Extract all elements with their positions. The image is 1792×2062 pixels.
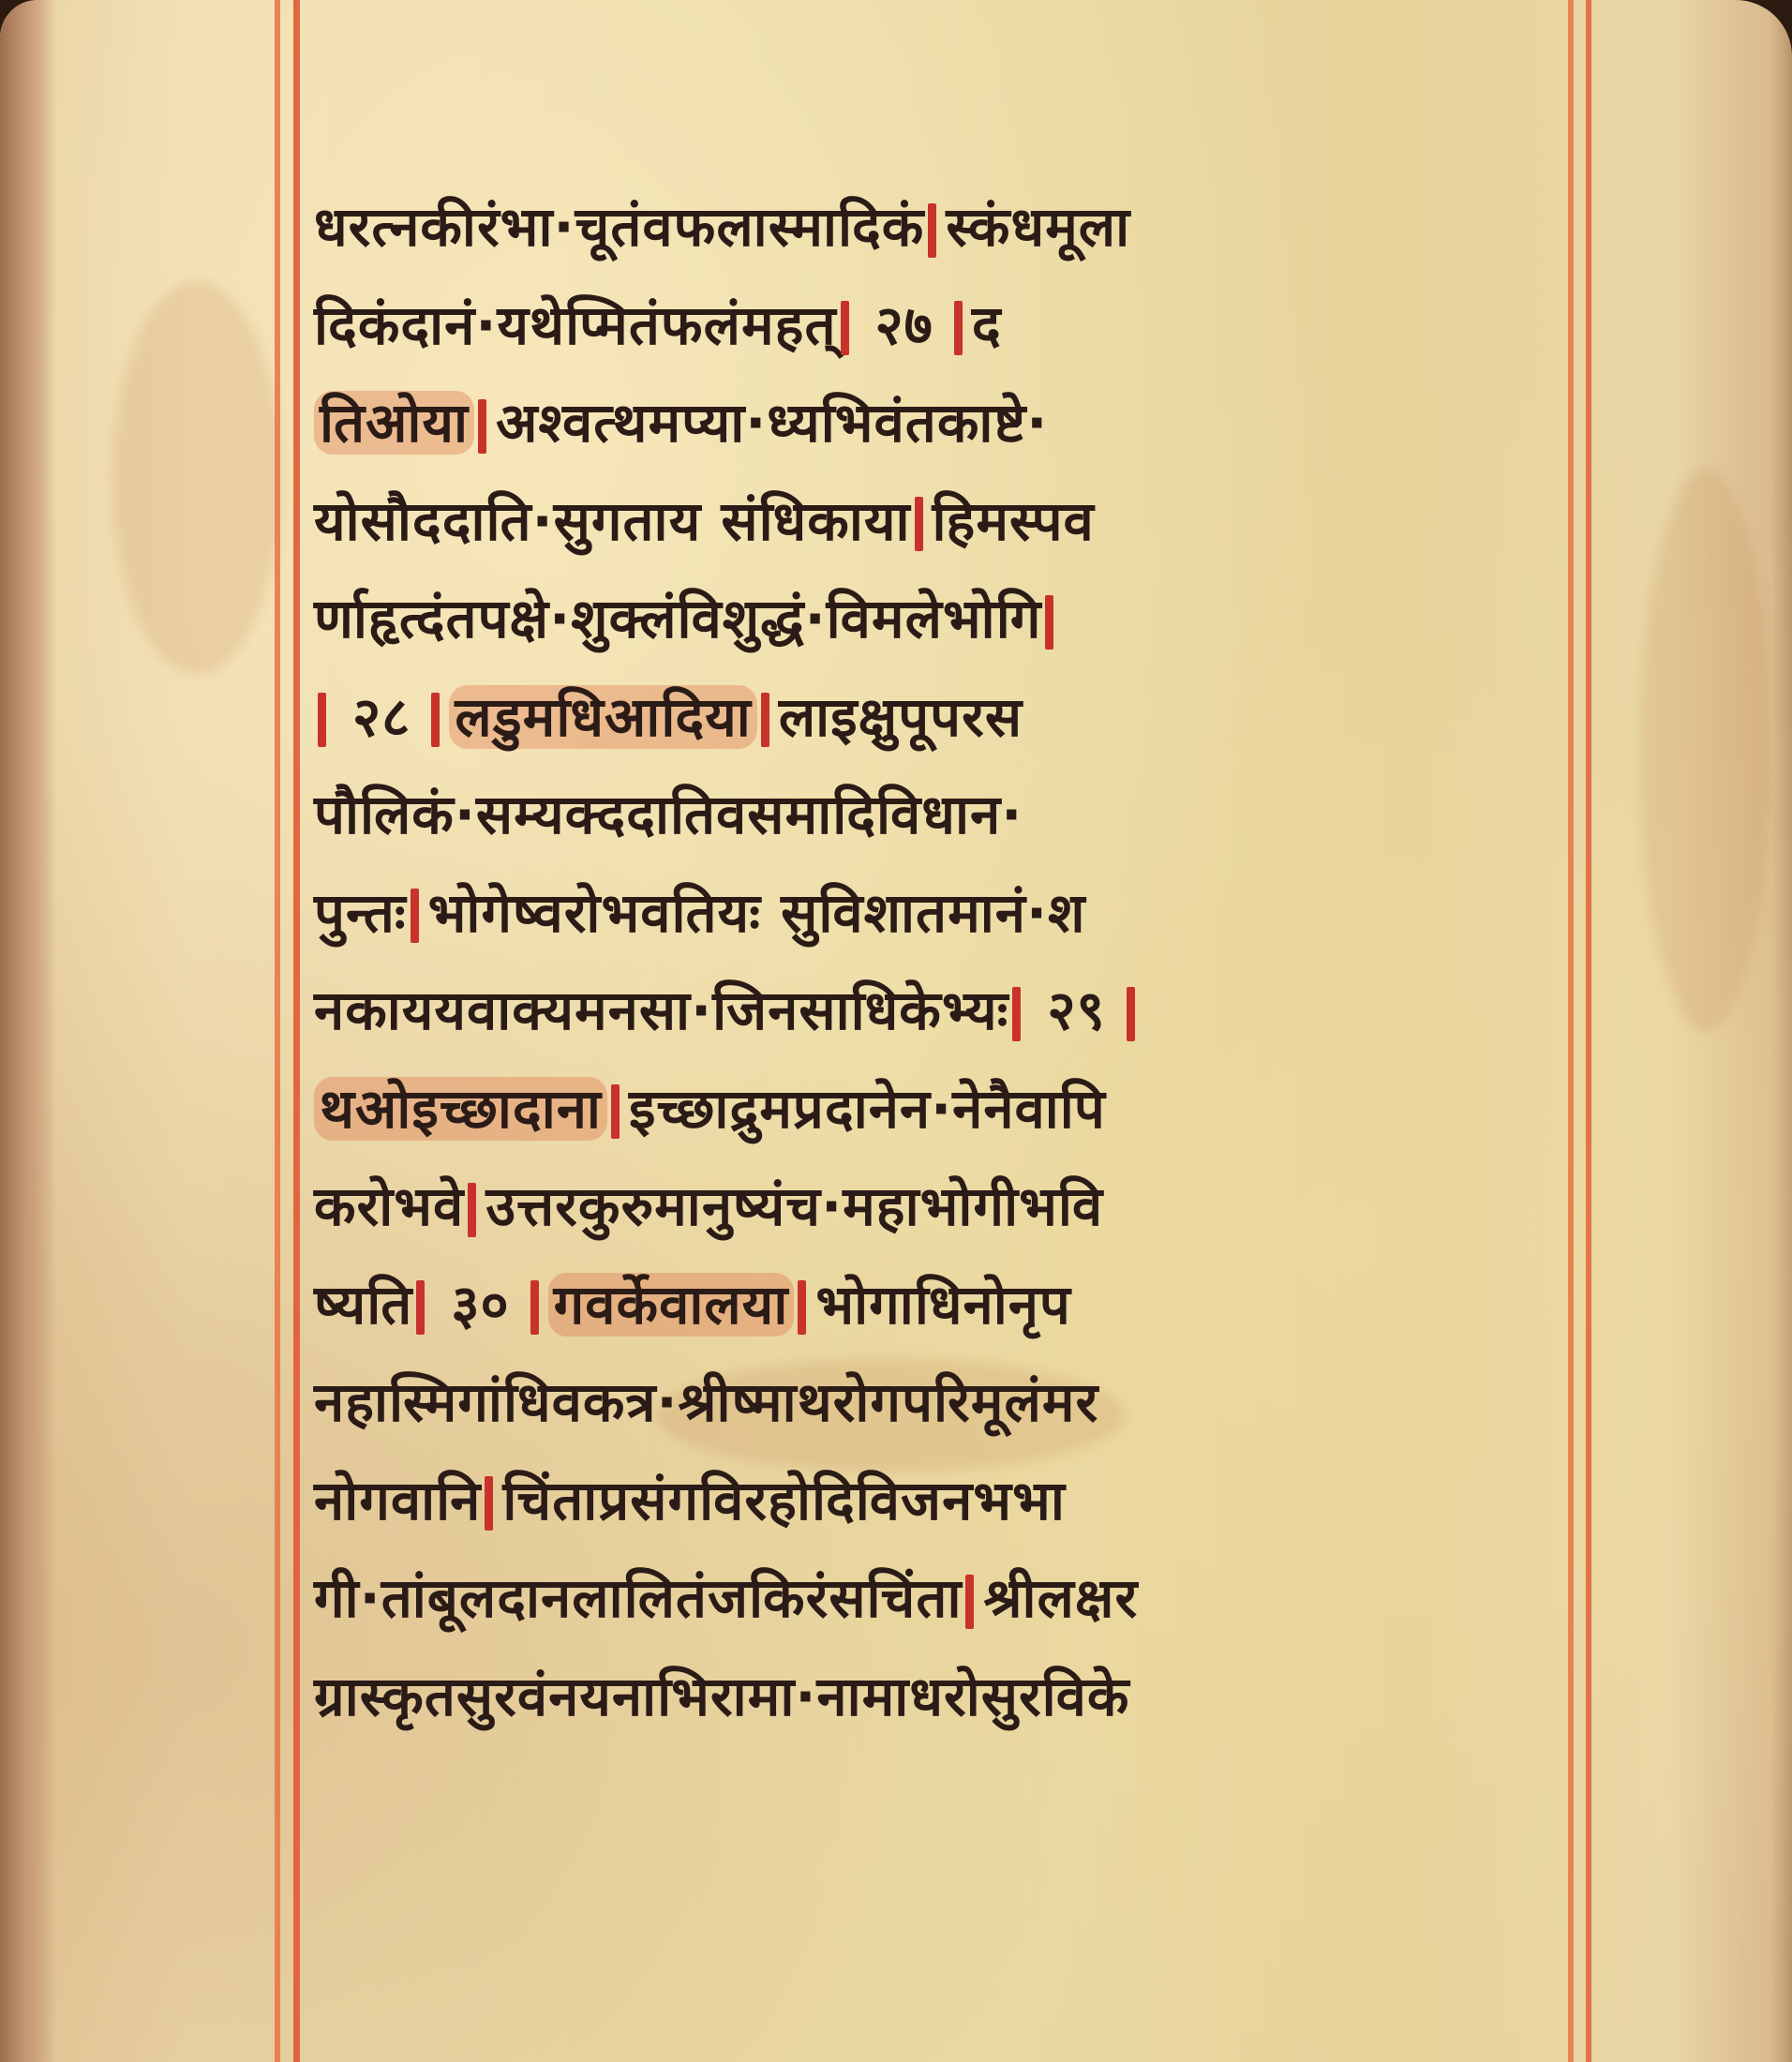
text-line: २८लडुमधिआदियालाइक्षुपूपरस xyxy=(314,668,1570,767)
text-segment: हिमस्पव xyxy=(933,489,1095,553)
red-danda-mark xyxy=(1012,987,1021,1041)
red-danda-mark xyxy=(1127,987,1135,1041)
verse-number: २७ xyxy=(875,293,933,357)
red-danda-mark xyxy=(761,693,769,747)
text-segment: स्कंधमूला xyxy=(946,195,1130,259)
text-line: धरत्नकीरंभा·चूतंवफलास्मादिकंस्कंधमूला xyxy=(314,178,1570,276)
red-danda-mark xyxy=(611,1084,620,1139)
paper-stain xyxy=(112,281,281,675)
red-danda-mark xyxy=(954,301,963,355)
red-danda-mark xyxy=(928,203,936,258)
left-margin-rule-outer xyxy=(275,0,280,2062)
red-danda-mark xyxy=(468,1183,476,1237)
text-segment: श्रीलक्षर xyxy=(983,1566,1138,1630)
text-segment: नकाययवाक्यमनसा·जिनसाधिकेभ्यः xyxy=(314,979,1008,1042)
text-line: गी·तांबूलदानलालितंजकिरंसचिंताश्रीलक्षर xyxy=(314,1549,1570,1648)
paper-stain xyxy=(1640,469,1771,1031)
manuscript-text-block: धरत्नकीरंभा·चूतंवफलास्मादिकंस्कंधमूला दि… xyxy=(314,178,1570,1745)
text-segment: नहास्मिगांधिवकत्र·श्रीष्माथरोगपरिमूलंमर xyxy=(314,1370,1098,1434)
text-line: ग्रास्कृतसुरवंनयनाभिरामा·नामाधरोसुरविके xyxy=(314,1648,1570,1746)
text-line: दिकंदानं·यथेप्मितंफलंमहत्२७द xyxy=(314,276,1570,375)
text-line: योसौददाति·सुगताय संधिकायाहिमस्पव xyxy=(314,472,1570,571)
text-segment: ष्यति xyxy=(314,1273,412,1337)
text-segment: धरत्नकीरंभा·चूतंवफलास्मादिकं xyxy=(314,195,924,259)
red-danda-mark xyxy=(431,693,440,747)
text-segment: भोगेष्वरोभवतियः सुविशातमानं·श xyxy=(428,881,1086,945)
red-danda-mark xyxy=(915,497,923,551)
text-line: नकाययवाक्यमनसा·जिनसाधिकेभ्यः२९ xyxy=(314,962,1570,1060)
red-danda-mark xyxy=(318,693,326,747)
text-segment: पुन्तः xyxy=(314,881,407,945)
text-line: तिओयाअश्वत्थमप्या·ध्यभिवंतकाष्टे· xyxy=(314,374,1570,472)
text-segment: पौलिकं·सम्यक्ददातिवसमादिविधान· xyxy=(314,783,1023,846)
page-binding-edge xyxy=(0,0,56,2062)
text-line: पुन्तःभोगेष्वरोभवतियः सुविशातमानं·श xyxy=(314,864,1570,963)
text-segment: नोगवानि xyxy=(314,1469,481,1532)
text-line: र्णाहृत्दंतपक्षे·शुक्लंविशुद्धं·विमलेभोग… xyxy=(314,570,1570,668)
verse-number: ३० xyxy=(451,1273,509,1337)
text-segment: योसौददाति·सुगताय संधिकाया xyxy=(314,489,911,553)
text-segment: लाइक्षुपूपरस xyxy=(779,685,1023,749)
text-line: करोभवेउत्तरकुरुमानुष्यंच·महाभोगीभवि xyxy=(314,1158,1570,1256)
text-segment: उत्तरकुरुमानुष्यंच·महाभोगीभवि xyxy=(485,1174,1103,1238)
text-segment: ग्रास्कृतसुरवंनयनाभिरामा·नामाधरोसुरविके xyxy=(314,1665,1129,1728)
text-segment: चिंताप्रसंगविरहोदिविजनभभा xyxy=(502,1469,1066,1532)
red-danda-mark xyxy=(411,889,419,943)
rubric-heading: गवर्केवालया xyxy=(548,1273,795,1337)
red-danda-mark xyxy=(478,399,486,454)
text-segment: करोभवे xyxy=(314,1174,464,1238)
text-segment: गी·तांबूलदानलालितंजकिरंसचिंता xyxy=(314,1566,962,1630)
text-segment: अश्वत्थमप्या·ध्यभिवंतकाष्टे· xyxy=(496,391,1048,455)
text-line: ष्यति३०गवर्केवालयाभोगाधिनोनृप xyxy=(314,1256,1570,1354)
red-danda-mark xyxy=(1045,595,1053,650)
verse-number: २८ xyxy=(352,685,411,749)
red-danda-mark xyxy=(530,1280,539,1335)
text-segment: भोगाधिनोनृप xyxy=(815,1273,1071,1337)
text-segment: र्णाहृत्दंतपक्षे·शुक्लंविशुद्धं·विमलेभोग… xyxy=(314,587,1041,650)
text-segment: दिकंदानं·यथेप्मितंफलंमहत् xyxy=(314,293,837,357)
text-line: नहास्मिगांधिवकत्र·श्रीष्माथरोगपरिमूलंमर xyxy=(314,1353,1570,1452)
red-danda-mark xyxy=(841,301,849,355)
rubric-heading: लडुमधिआदिया xyxy=(449,685,757,749)
red-danda-mark xyxy=(798,1280,806,1335)
red-danda-mark xyxy=(485,1476,493,1531)
right-margin-rule-outer xyxy=(1586,0,1591,2062)
rubric-heading: थओइच्छादाना xyxy=(314,1077,607,1141)
manuscript-page: धरत्नकीरंभा·चूतंवफलास्मादिकंस्कंधमूला दि… xyxy=(0,0,1792,2062)
rubric-heading: तिओया xyxy=(314,391,474,455)
verse-number: २९ xyxy=(1047,979,1105,1042)
text-segment: द xyxy=(972,293,1002,357)
text-line: नोगवानिचिंताप्रसंगविरहोदिविजनभभा xyxy=(314,1452,1570,1550)
text-line: थओइच्छादानाइच्छाद्रुमप्रदानेन·नेनैवापि xyxy=(314,1060,1570,1158)
text-segment: इच्छाद्रुमप्रदानेन·नेनैवापि xyxy=(629,1077,1106,1141)
left-margin-rule-inner xyxy=(293,0,300,2062)
red-danda-mark xyxy=(416,1280,425,1335)
text-line: पौलिकं·सम्यक्ददातिवसमादिविधान· xyxy=(314,766,1570,864)
red-danda-mark xyxy=(965,1575,974,1629)
